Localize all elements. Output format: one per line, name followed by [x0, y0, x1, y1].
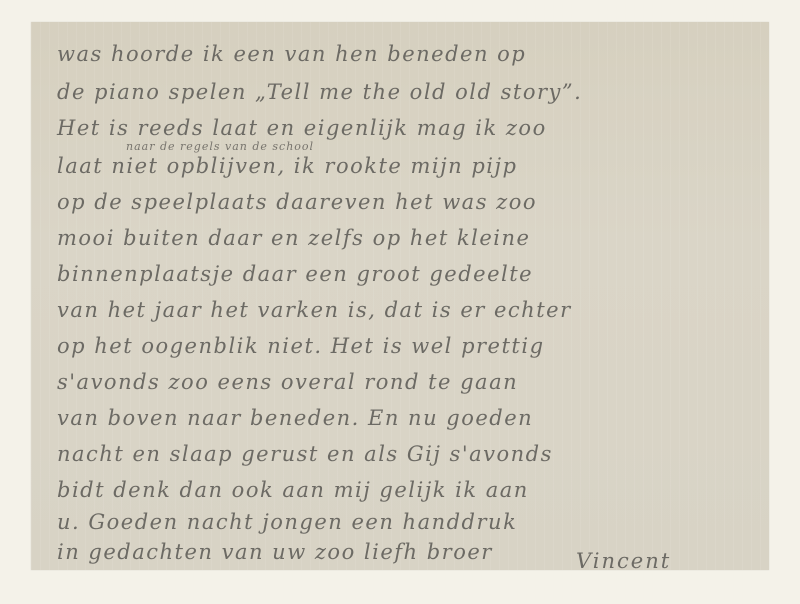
letter-line-12: nacht en slaap gerust en als Gij s'avond…: [57, 444, 553, 465]
letter-line-6: mooi buiten daar en zelfs op het kleine: [57, 228, 530, 249]
letter-line-7: binnenplaatsje daar een groot gedeelte: [57, 264, 533, 285]
letter-sheet: was hoorde ik een van hen beneden op de …: [31, 22, 769, 570]
letter-line-5: op de speelplaats daareven het was zoo: [57, 192, 537, 213]
letter-line-3: Het is reeds laat en eigenlijk mag ik zo…: [57, 118, 547, 139]
signature: Vincent: [576, 549, 671, 573]
letter-line-14: u. Goeden nacht jongen een handdruk: [57, 512, 517, 533]
letter-line-15: in gedachten van uw zoo liefh broer: [57, 542, 493, 563]
letter-line-9: op het oogenblik niet. Het is wel pretti…: [57, 336, 545, 357]
letter-line-13: bidt denk dan ook aan mij gelijk ik aan: [57, 480, 529, 501]
letter-line-4: laat niet opblijven, ik rookte mijn pijp: [57, 156, 517, 177]
letter-line-11: van boven naar beneden. En nu goeden: [57, 408, 533, 429]
letter-line-2: de piano spelen „Tell me the old old sto…: [57, 82, 582, 103]
letter-line-1: was hoorde ik een van hen beneden op: [57, 44, 526, 65]
letter-line-10: s'avonds zoo eens overal rond te gaan: [57, 372, 518, 393]
interlinear-insertion: naar de regels van de school: [126, 140, 314, 153]
letter-line-8: van het jaar het varken is, dat is er ec…: [57, 300, 572, 321]
